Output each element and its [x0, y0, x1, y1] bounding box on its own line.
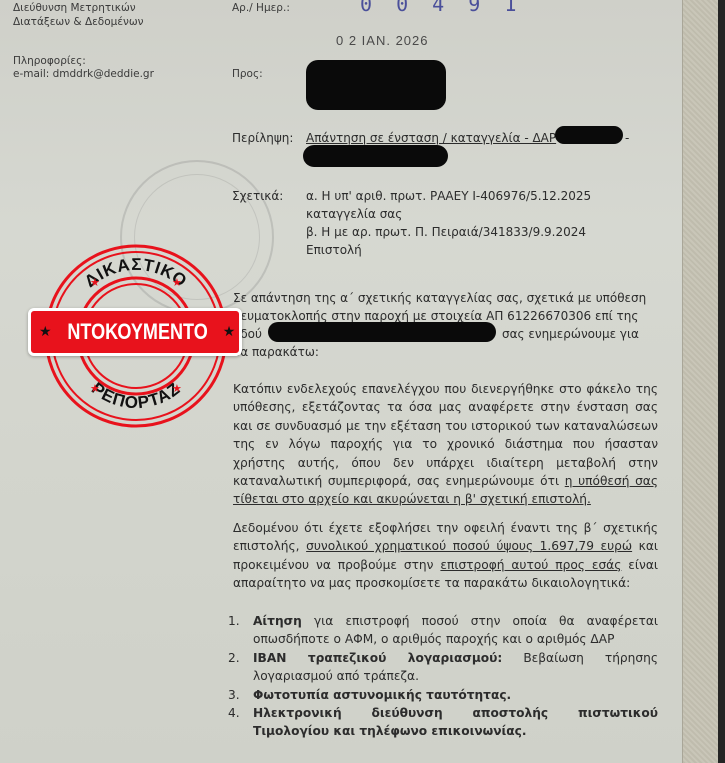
- ref-label: Αρ./ Ημερ.:: [232, 2, 290, 15]
- paragraph2: Κατόπιν ενδελεχούς επανελέγχου που διενε…: [233, 380, 658, 509]
- watermark-badge: ★ ΝΤΟΚΟΥΜΕΝΤΟ ★: [28, 308, 242, 356]
- table-surface: [682, 0, 719, 763]
- subject-label: Περίληψη:: [232, 130, 293, 146]
- star-icon: ★: [172, 276, 182, 289]
- paragraph1-line: σας ενημερώνουμε για: [502, 326, 639, 342]
- redacted-subject: [303, 145, 448, 167]
- star-icon: ★: [90, 382, 100, 395]
- related-line: καταγγελία σας: [306, 206, 402, 222]
- badge-bottom-text: ΡΕΠΟΡΤΑΖ: [88, 379, 184, 413]
- related-line: β. Η με αρ. πρωτ. Π. Πειραιά/341833/9.9.…: [306, 224, 586, 240]
- related-label: Σχετικά:: [232, 188, 283, 204]
- to-label: Προς:: [232, 68, 263, 81]
- related-line: α. Η υπ' αριθ. πρωτ. ΡΑΑΕΥ I-406976/5.12…: [306, 188, 591, 204]
- list-item: 1.Αίτηση για επιστροφή ποσού στην οποία …: [228, 612, 658, 649]
- list-item: 3.Φωτοτυπία αστυνομικής ταυτότητας.: [228, 686, 658, 704]
- protocol-number: 0 0 4 9 1: [360, 0, 522, 16]
- email: e-mail: dmddrk@deddie.gr: [13, 68, 154, 81]
- redacted-recipient: [306, 60, 446, 110]
- star-icon: ★: [39, 324, 52, 340]
- department-line2: Διατάξεων & Δεδομένων: [13, 16, 144, 29]
- requirements-list: 1.Αίτηση για επιστροφή ποσού στην οποία …: [228, 612, 658, 741]
- redacted-address: [268, 322, 496, 342]
- redacted-dar: [555, 126, 623, 144]
- info-label: Πληροφορίες:: [13, 55, 86, 68]
- star-icon: ★: [90, 276, 100, 289]
- star-icon: ★: [223, 324, 236, 340]
- subject-text: Απάντηση σε ένσταση / καταγγελία - ΔΑΡ: [306, 130, 556, 146]
- badge-center-text: ΝΤΟΚΟΥΜΕΝΤΟ: [67, 319, 207, 345]
- related-line: Επιστολή: [306, 242, 362, 258]
- paragraph3: Δεδομένου ότι έχετε εξοφλήσει την οφειλή…: [233, 519, 658, 593]
- department-line1: Διεύθυνση Μετρητικών: [13, 2, 136, 15]
- paragraph1-line: Σε απάντηση της α΄ σχετικής καταγγελίας …: [233, 290, 646, 306]
- list-item: 2.IBAN τραπεζικού λογαριασμού: Βεβαίωση …: [228, 649, 658, 686]
- subject-suffix: -: [625, 130, 629, 146]
- star-icon: ★: [172, 382, 182, 395]
- paragraph1-line: τα παρακάτω:: [233, 344, 319, 360]
- date-stamp: 0 2 IAN. 2026: [336, 33, 429, 48]
- photo-border: [718, 0, 725, 763]
- list-item: 4.Ηλεκτρονική διεύθυνση αποστολής πιστωτ…: [228, 704, 658, 741]
- svg-text:ΡΕΠΟΡΤΑΖ: ΡΕΠΟΡΤΑΖ: [88, 379, 184, 413]
